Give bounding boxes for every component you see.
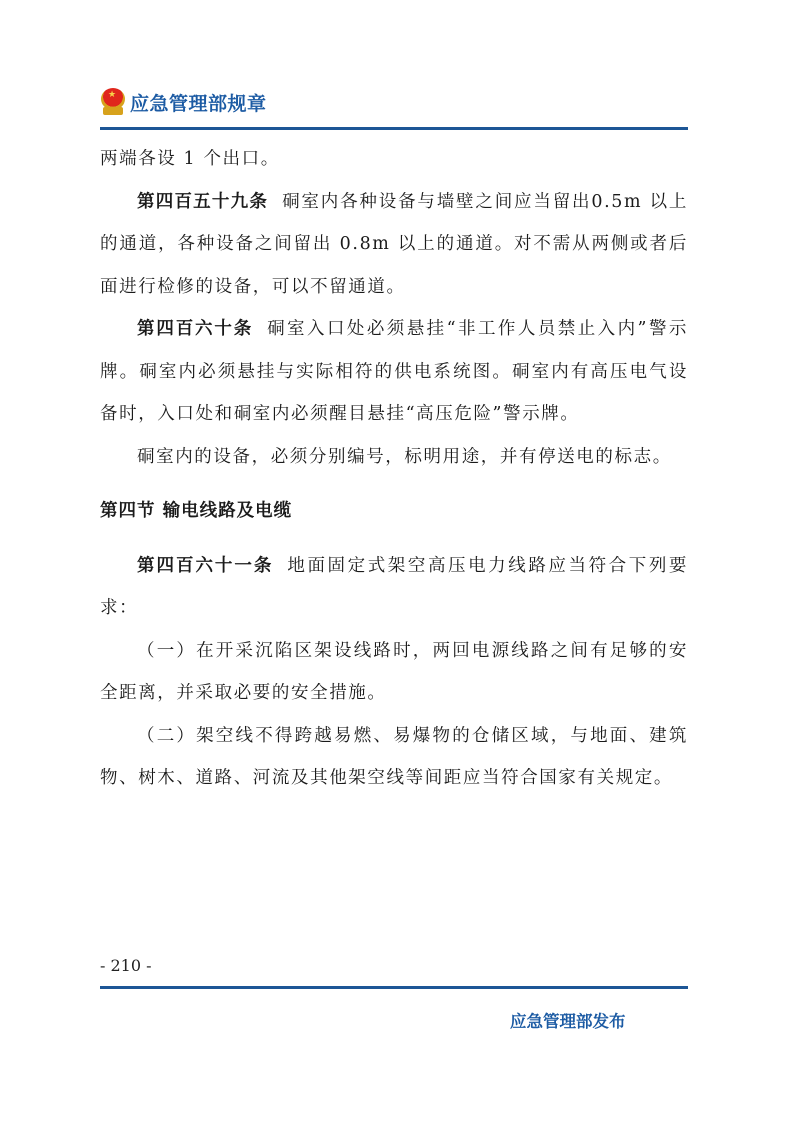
document-body: 两端各设 1 个出口。 第四百五十九条硐室内各种设备与墙壁之间应当留出0.5m … <box>100 138 688 800</box>
article-459: 第四百五十九条硐室内各种设备与墙壁之间应当留出0.5m 以上的通道，各种设备之间… <box>100 181 688 309</box>
article-460: 第四百六十条硐室入口处必须悬挂“非工作人员禁止入内”警示牌。硐室内必须悬挂与实际… <box>100 308 688 436</box>
article-label: 第四百六十条 <box>137 319 253 339</box>
header-divider <box>100 127 688 130</box>
continuation-text: 两端各设 1 个出口。 <box>100 138 688 181</box>
article-461: 第四百六十一条地面固定式架空高压电力线路应当符合下列要求： <box>100 545 688 630</box>
article-460-para2: 硐室内的设备，必须分别编号，标明用途，并有停送电的标志。 <box>100 436 688 479</box>
article-461-item-1: （一）在开采沉陷区架设线路时，两回电源线路之间有足够的安全距离，并采取必要的安全… <box>100 630 688 715</box>
article-461-item-2: （二）架空线不得跨越易燃、易爆物的仓储区域，与地面、建筑物、树木、道路、河流及其… <box>100 715 688 800</box>
header-title: 应急管理部规章 <box>130 89 267 116</box>
page-number: - 210 - <box>100 956 152 975</box>
section-title: 第四节 输电线路及电缆 <box>100 490 688 533</box>
footer-divider <box>100 986 688 989</box>
page-header: ★ 应急管理部规章 <box>100 86 267 118</box>
national-emblem-icon: ★ <box>100 88 126 116</box>
article-label: 第四百六十一条 <box>137 556 273 576</box>
article-label: 第四百五十九条 <box>137 192 268 212</box>
publisher-label: 应急管理部发布 <box>510 1008 626 1032</box>
